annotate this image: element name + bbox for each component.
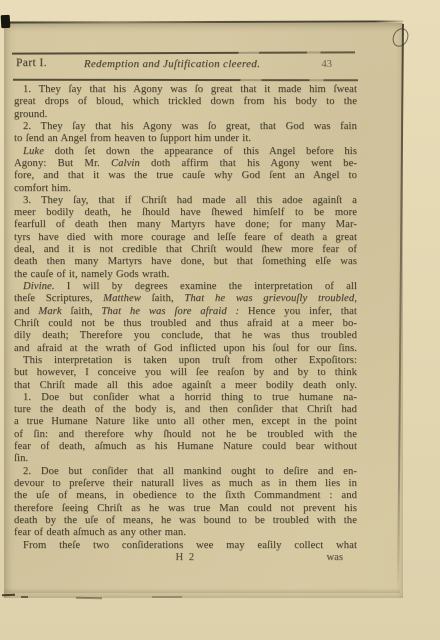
text-line: deal, and it is not credible that Chriſt… [14,244,357,256]
text-line: 2. Doe but conſider that all mankind oug… [14,466,357,478]
text-line: fear of death, aſmuch as his Humane Natu… [14,441,357,453]
text-line: 1. Doe but conſider what a horrid thing … [14,392,357,404]
text-line: fearfull of death then many Martyrs have… [14,219,357,231]
ink-blot [1,15,11,28]
text-line: the cauſe of it, namely Gods wrath. [14,269,357,281]
body-text: 1. They ſay that his Agony was ſo great … [14,84,357,552]
text-line: fear of death aſmuch as any other man. [14,527,357,539]
page-bottom-shadow [4,588,400,593]
header-rule-bottom [13,78,358,80]
page-bottom-edge-mark [21,596,28,598]
text-line: fore, and that it was the true cauſe why… [14,170,357,182]
text-line: From theſe two conſiderations wee may ea… [14,540,357,552]
text-line: Divine. I will by degrees examine the in… [14,281,357,293]
text-line: to ſend an Angel from heaven to ſupport … [14,133,357,145]
text-line: theſe Scriptures, Matthew ſaith, That he… [14,293,357,305]
text-line: devour to preſerve their naturall lives … [14,478,357,490]
text-line: comfort him. [14,183,357,195]
text-line: meer bodily death, he ſhould have ſhewed… [14,207,357,219]
text-line: therefore ſeeing Chriſt as he was true M… [14,503,357,515]
text-line: 2. They ſay that his Agony was ſo great,… [14,121,357,133]
text-line: death then many Martyrs have done, but t… [14,256,357,268]
text-line: This interpretation is taken upon truſt … [14,355,357,367]
running-header: Part I. Redemption and Juſtification cle… [16,57,356,73]
signature-mark: H 2 [14,552,357,563]
text-line: the uſe of means, in obedience to the ſi… [14,490,357,502]
text-line: Luke doth ſet down the appearance of thi… [14,146,357,158]
text-line: that Chriſt made all this adoe againſt a… [14,380,357,392]
scanned-book-page: Part I. Redemption and Juſtification cle… [0,0,440,640]
text-line: great drops of bloud, which trickled dow… [14,96,357,108]
text-line: ture the death of the body is, and then … [14,404,357,416]
text-line: of ſin: and therefore why ſhould not he … [14,429,357,441]
text-line: Chriſt could not be thus troubled and th… [14,318,357,330]
text-line: and Mark ſaith, That he was ſore afraid … [14,306,357,318]
text-line: dily death; Therefore you conclude, that… [14,330,357,342]
text-line: death by the uſe of means, he was bound … [14,515,357,527]
text-line: a true Humane Nature like unto all other… [14,416,357,428]
text-line: ſin. [14,453,357,465]
text-line: and afraid at the wrath of God inflicted… [14,343,357,355]
running-title: Redemption and Juſtification cleered. [2,58,342,70]
text-line: 1. They ſay that his Agony was ſo great … [14,84,357,96]
text-line: 3. They ſay, that if Chriſt had made all… [14,195,357,207]
page-bottom-edge-mark [152,596,182,598]
text-line: ground. [14,109,357,121]
catchword: was [327,552,343,563]
text-line: tyrs have died with more courage and leſ… [14,232,357,244]
page-number: 43 [322,59,333,70]
text-line: but however, I conceive you will ſee rea… [14,367,357,379]
text-line: Agony: But Mr. Calvin doth affirm that h… [14,158,357,170]
page-bottom-edge-mark [76,597,102,599]
footer-line: H 2 was [14,552,357,565]
